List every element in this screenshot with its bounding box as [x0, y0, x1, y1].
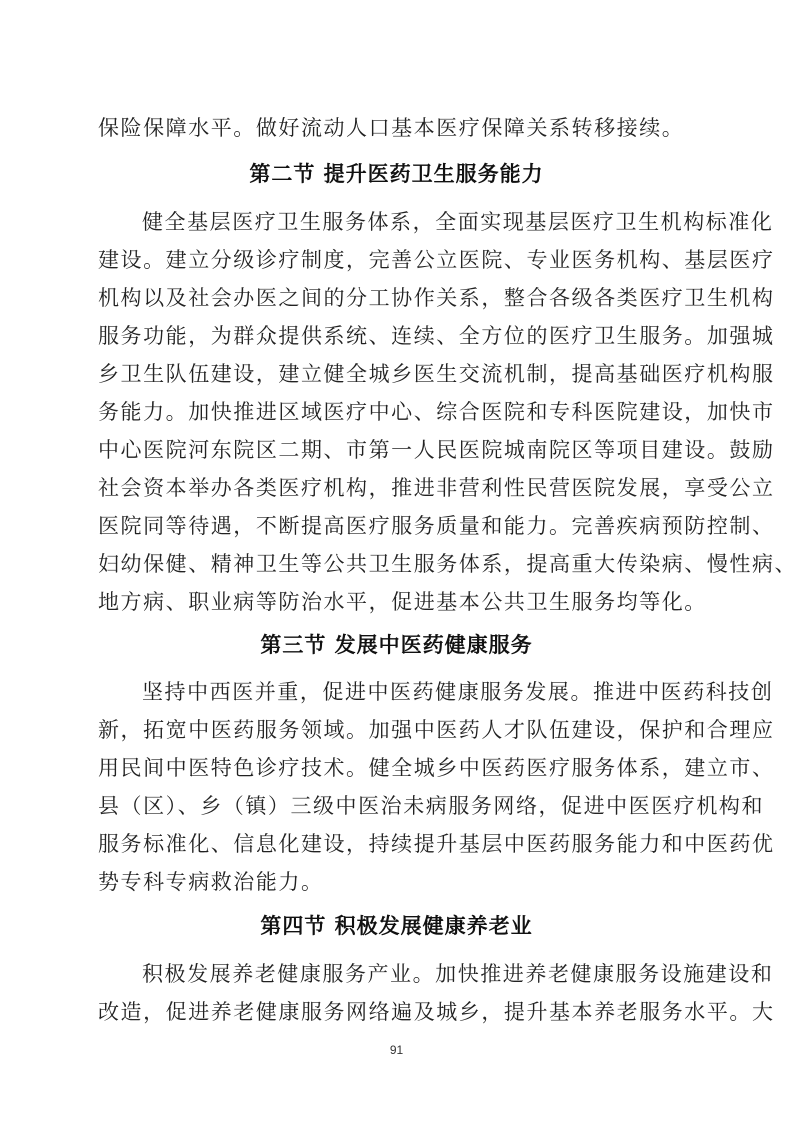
- paragraph-line: 积极发展养老健康服务产业。加快推进养老健康服务设施建设和: [142, 962, 712, 986]
- paragraph-line: 中心医院河东院区二期、市第一人民医院城南院区等项目建设。鼓励: [98, 438, 712, 462]
- paragraph-line: 务能力。加快推进区域医疗中心、综合医院和专科医院建设，加快市: [98, 400, 712, 424]
- paragraph-line: 县（区）、乡（镇）三级中医治未病服务网络，促进中医医疗机构和: [98, 794, 712, 818]
- paragraph-line: 社会资本举办各类医疗机构，推进非营利性民营医院发展，享受公立: [98, 476, 712, 500]
- paragraph-line: 新，拓宽中医药服务领域。加强中医药人才队伍建设，保护和合理应: [98, 718, 712, 742]
- document-page: 保险保障水平。做好流动人口基本医疗保障关系转移接续。 第二节 提升医药卫生服务能…: [0, 0, 793, 1122]
- paragraph-line: 保险保障水平。做好流动人口基本医疗保障关系转移接续。: [98, 116, 712, 140]
- paragraph-line: 医院同等待遇，不断提高医疗服务质量和能力。完善疾病预防控制、: [98, 514, 712, 538]
- paragraph-line: 服务标准化、信息化建设，持续提升基层中医药服务能力和中医药优: [98, 832, 712, 856]
- paragraph-line: 用民间中医特色诊疗技术。健全城乡中医药医疗服务体系，建立市、: [98, 756, 712, 780]
- paragraph-line: 乡卫生队伍建设，建立健全城乡医生交流机制，提高基础医疗机构服: [98, 362, 712, 386]
- paragraph-line: 坚持中西医并重，促进中医药健康服务发展。推进中医药科技创: [142, 680, 712, 704]
- paragraph-line: 妇幼保健、精神卫生等公共卫生服务体系，提高重大传染病、慢性病、: [98, 552, 712, 576]
- section-heading: 第四节 积极发展健康养老业: [0, 914, 793, 938]
- paragraph-line: 势专科专病救治能力。: [98, 870, 712, 894]
- section-heading: 第二节 提升医药卫生服务能力: [0, 162, 793, 186]
- paragraph-line: 建设。建立分级诊疗制度，完善公立医院、专业医务机构、基层医疗: [98, 248, 712, 272]
- paragraph-line: 健全基层医疗卫生服务体系，全面实现基层医疗卫生机构标准化: [142, 210, 712, 234]
- paragraph-line: 改造，促进养老健康服务网络遍及城乡，提升基本养老服务水平。大: [98, 1000, 712, 1024]
- section-heading: 第三节 发展中医药健康服务: [0, 633, 793, 657]
- paragraph-line: 地方病、职业病等防治水平，促进基本公共卫生服务均等化。: [98, 590, 712, 614]
- paragraph-line: 机构以及社会办医之间的分工协作关系，整合各级各类医疗卫生机构: [98, 286, 712, 310]
- paragraph-line: 服务功能，为群众提供系统、连续、全方位的医疗卫生服务。加强城: [98, 324, 712, 348]
- page-number: 91: [0, 1043, 793, 1057]
